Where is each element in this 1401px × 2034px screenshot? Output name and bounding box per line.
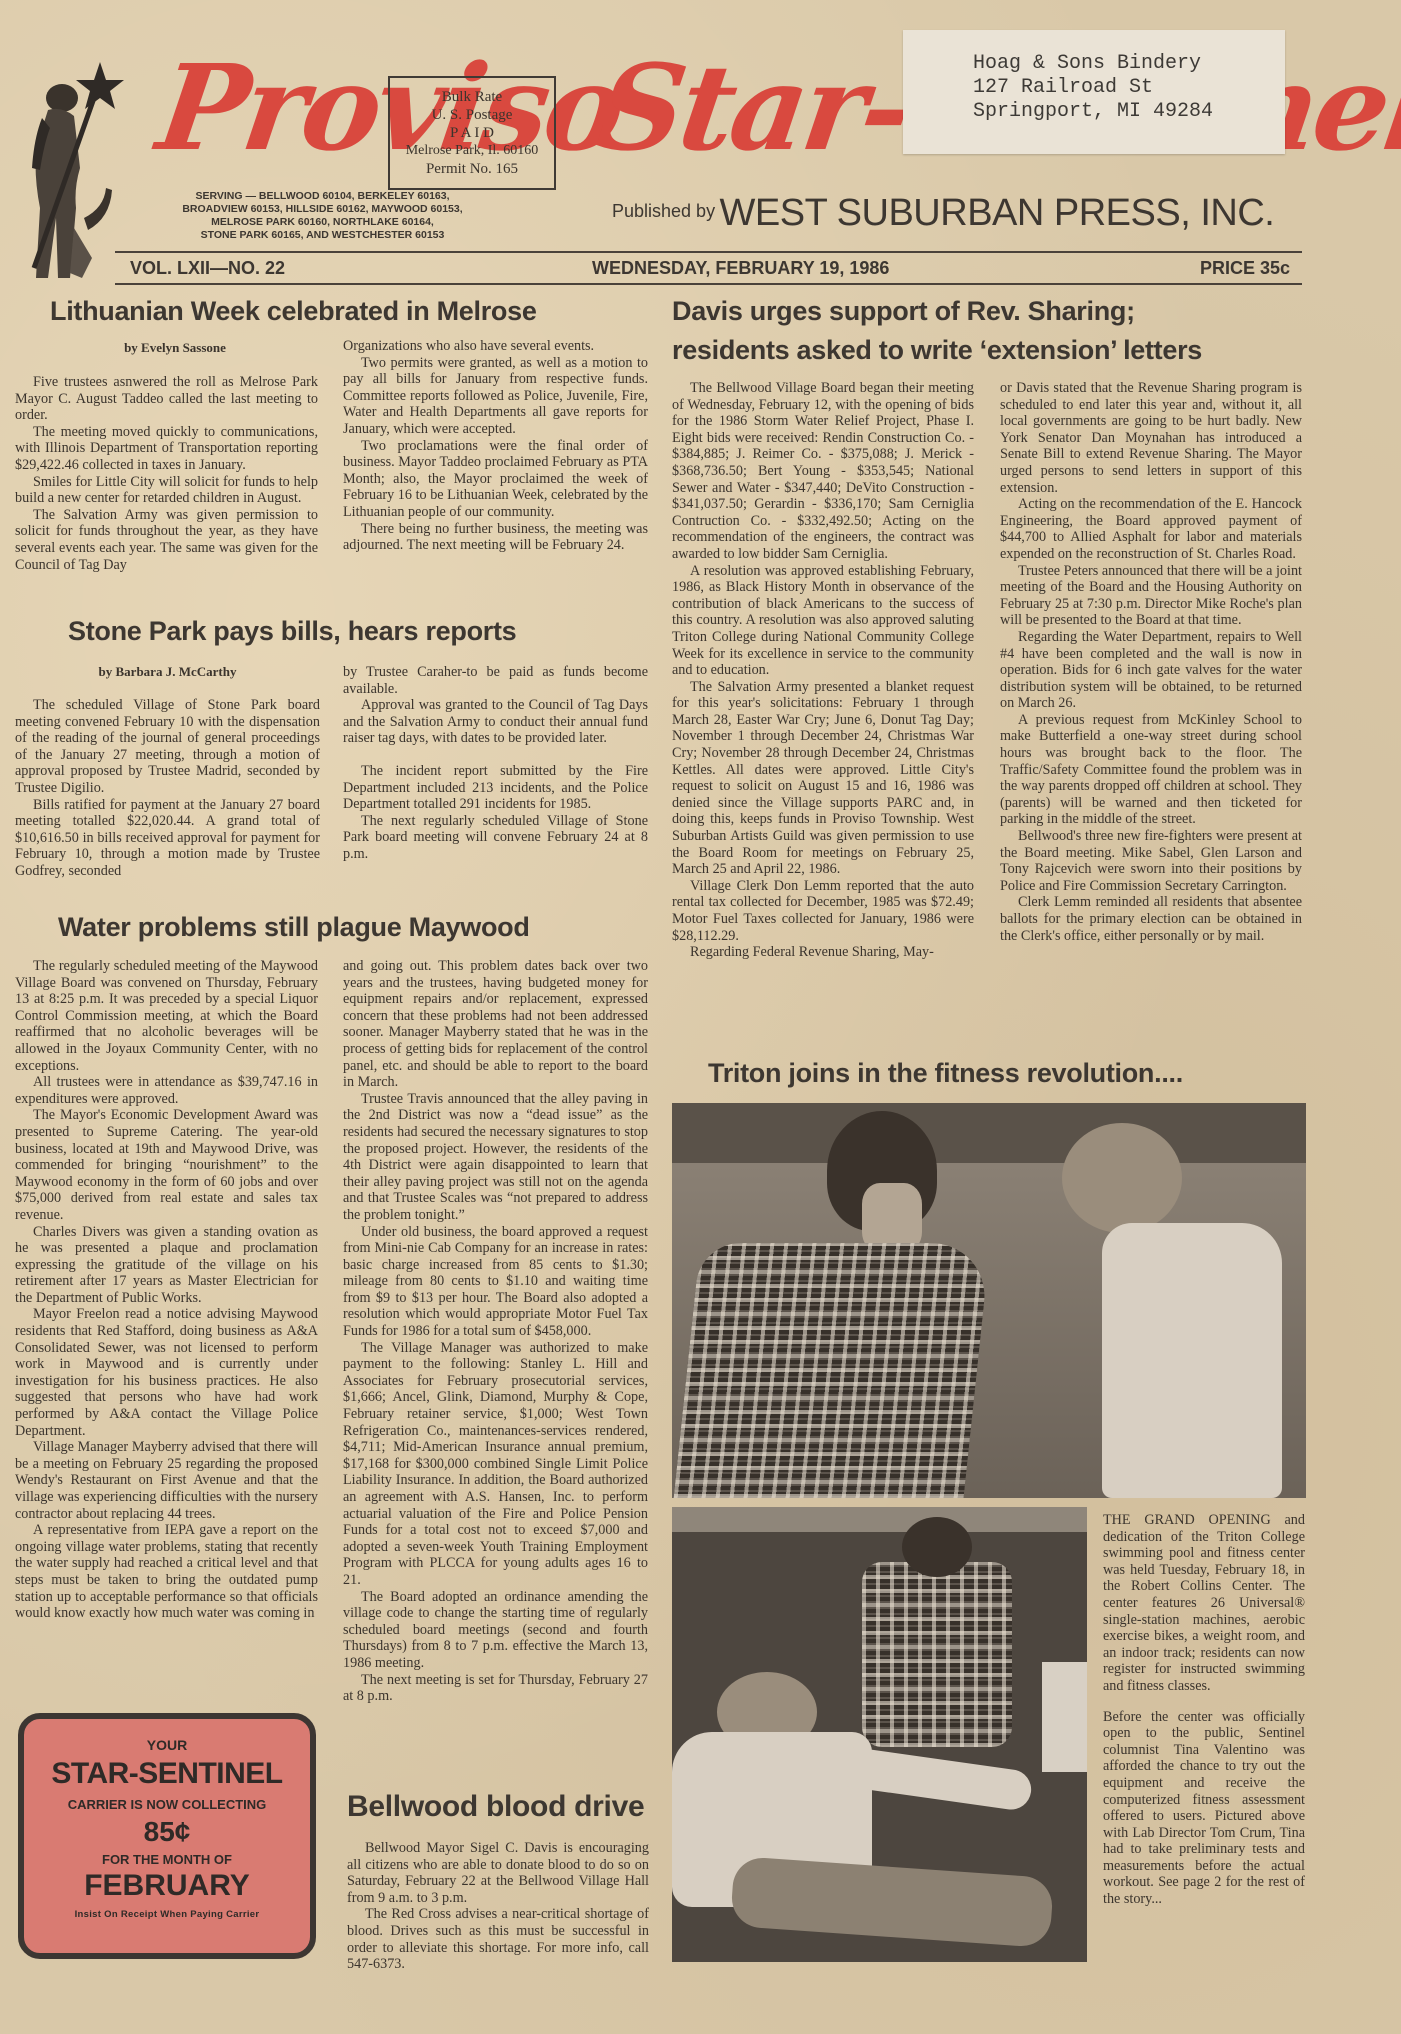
ad-month: FEBRUARY — [24, 1869, 310, 1903]
photo-fitness-measurement — [672, 1103, 1306, 1498]
headline-blood-drive: Bellwood blood drive — [347, 1790, 644, 1824]
paragraph: Regarding the Water Department, repairs … — [1000, 629, 1302, 712]
paragraph: The incident report submitted by the Fir… — [343, 763, 648, 813]
paragraph: A previous request from McKinley School … — [1000, 712, 1302, 828]
article-davis-col2: or Davis stated that the Revenue Sharing… — [1000, 380, 1302, 944]
ad-line-your: YOUR — [24, 1737, 310, 1753]
postage-line: Melrose Park, Il. 60160 — [394, 142, 550, 160]
headline-triton: Triton joins in the fitness revolution..… — [708, 1058, 1183, 1089]
postage-line: U. S. Postage — [394, 106, 550, 124]
postage-line: Bulk Rate — [394, 88, 550, 106]
paragraph: Bellwood Mayor Sigel C. Davis is encoura… — [347, 1840, 649, 1906]
serving-line: STONE PARK 60165, AND WESTCHESTER 60153 — [150, 229, 495, 242]
paragraph: Approval was granted to the Council of T… — [343, 697, 648, 747]
paragraph: Clerk Lemm reminded all residents that a… — [1000, 894, 1302, 944]
caption-paragraph: THE GRAND OPENING and dedication of the … — [1103, 1512, 1305, 1695]
byline-stone-park: by Barbara J. McCarthy — [15, 664, 320, 680]
article-blood-drive: Bellwood Mayor Sigel C. Davis is encoura… — [347, 1840, 649, 1973]
paragraph: Five trustees asnwered the roll as Melro… — [15, 374, 318, 424]
paragraph: Trustee Peters announced that there will… — [1000, 563, 1302, 629]
paragraph: Organizations who also have several even… — [343, 338, 648, 355]
paragraph: The regularly scheduled meeting of the M… — [15, 958, 318, 1074]
paragraph: There being no further business, the mee… — [343, 521, 648, 554]
paragraph: Trustee Travis announced that the alley … — [343, 1091, 648, 1224]
headline-davis-line2: residents asked to write ‘extension’ let… — [672, 335, 1202, 366]
paragraph: The Salvation Army was given permission … — [15, 507, 318, 573]
price: PRICE 35c — [1200, 258, 1290, 279]
paragraph: A resolution was approved establishing F… — [672, 563, 974, 679]
paragraph: Regarding Federal Revenue Sharing, May- — [672, 944, 974, 961]
paragraph: Bills ratified for payment at the Januar… — [15, 797, 320, 880]
minuteman-figure-icon — [14, 58, 124, 283]
published-by: Published by — [612, 201, 715, 221]
paragraph: The Village Manager was authorized to ma… — [343, 1340, 648, 1589]
headline-maywood: Water problems still plague Maywood — [58, 912, 530, 943]
article-davis-col1: The Bellwood Village Board began their m… — [672, 380, 974, 961]
mailing-label: Hoag & Sons Bindery 127 Railroad St Spri… — [903, 30, 1285, 154]
postage-line: Permit No. 165 — [394, 160, 550, 178]
headline-lithuanian: Lithuanian Week celebrated in Melrose — [50, 296, 537, 327]
issue-date: WEDNESDAY, FEBRUARY 19, 1986 — [592, 258, 889, 279]
masthead-rule-bottom — [115, 283, 1302, 285]
serving-line: BROADVIEW 60153, HILLSIDE 60162, MAYWOOD… — [150, 203, 495, 216]
paragraph: by Trustee Caraher-to be paid as funds b… — [343, 664, 648, 697]
paragraph: Village Clerk Don Lemm reported that the… — [672, 878, 974, 944]
ad-line-month-of: FOR THE MONTH OF — [24, 1852, 310, 1867]
paragraph: Under old business, the board approved a… — [343, 1224, 648, 1340]
postage-line: P A I D — [394, 124, 550, 142]
headline-stone-park: Stone Park pays bills, hears reports — [68, 616, 516, 647]
paragraph: The meeting moved quickly to communicati… — [15, 424, 318, 474]
paragraph: The Mayor's Economic Development Award w… — [15, 1107, 318, 1223]
label-line: Springport, MI 49284 — [973, 100, 1285, 124]
paragraph: Acting on the recommendation of the E. H… — [1000, 496, 1302, 562]
paragraph: or Davis stated that the Revenue Sharing… — [1000, 380, 1302, 496]
ad-line-paper: STAR-SENTINEL — [24, 1757, 310, 1791]
paragraph: All trustees were in attendance as $39,7… — [15, 1074, 318, 1107]
paragraph: Village Manager Mayberry advised that th… — [15, 1439, 318, 1522]
serving-areas: SERVING — BELLWOOD 60104, BERKELEY 60163… — [150, 190, 495, 242]
photo-sit-and-reach — [672, 1507, 1087, 1962]
volume-number: VOL. LXII—NO. 22 — [130, 258, 285, 279]
article-maywood-col1: The regularly scheduled meeting of the M… — [15, 958, 318, 1622]
label-line: Hoag & Sons Bindery — [973, 52, 1285, 76]
paragraph: The Red Cross advises a near-critical sh… — [347, 1906, 649, 1972]
caption-paragraph: Before the center was officially open to… — [1103, 1709, 1305, 1908]
paragraph: Two proclamations were the final order o… — [343, 438, 648, 521]
paragraph: Bellwood's three new fire-fighters were … — [1000, 828, 1302, 894]
paragraph: The Salvation Army presented a blanket r… — [672, 679, 974, 878]
paragraph: The Board adopted an ordinance amending … — [343, 1589, 648, 1672]
masthead-rule-top — [115, 251, 1302, 253]
paragraph: The scheduled Village of Stone Park boar… — [15, 697, 320, 797]
serving-line: SERVING — BELLWOOD 60104, BERKELEY 60163… — [150, 190, 495, 203]
article-stone-park-col2: by Trustee Caraher-to be paid as funds b… — [343, 664, 648, 863]
paragraph: The next regularly scheduled Village of … — [343, 813, 648, 863]
paragraph: Smiles for Little City will solicit for … — [15, 474, 318, 507]
article-maywood-col2: and going out. This problem dates back o… — [343, 958, 648, 1705]
publisher-line: Published by WEST SUBURBAN PRESS, INC. — [612, 192, 1274, 235]
paragraph: The Bellwood Village Board began their m… — [672, 380, 974, 563]
byline-lithuanian: by Evelyn Sassone — [15, 340, 335, 356]
ad-line-carrier: CARRIER IS NOW COLLECTING — [24, 1797, 310, 1812]
ad-price: 85¢ — [24, 1816, 310, 1848]
carrier-collection-ad: YOUR STAR-SENTINEL CARRIER IS NOW COLLEC… — [18, 1713, 316, 1959]
article-lithuanian-col1: Five trustees asnwered the roll as Melro… — [15, 374, 318, 573]
paragraph: Charles Divers was given a standing ovat… — [15, 1224, 318, 1307]
postage-indicia: Bulk Rate U. S. Postage P A I D Melrose … — [388, 76, 556, 190]
paragraph: A representative from IEPA gave a report… — [15, 1522, 318, 1622]
paragraph: and going out. This problem dates back o… — [343, 958, 648, 1091]
headline-davis-line1: Davis urges support of Rev. Sharing; — [672, 296, 1135, 327]
paragraph: The next meeting is set for Thursday, Fe… — [343, 1672, 648, 1705]
publisher-name: WEST SUBURBAN PRESS, INC. — [720, 192, 1275, 234]
serving-line: MELROSE PARK 60160, NORTHLAKE 60164, — [150, 216, 495, 229]
masthead: Proviso Star-Sentinel Bulk Rate U. S. Po… — [0, 0, 1401, 290]
paragraph: Two permits were granted, as well as a m… — [343, 355, 648, 438]
article-stone-park-col1: The scheduled Village of Stone Park boar… — [15, 697, 320, 880]
ad-footer: Insist On Receipt When Paying Carrier — [24, 1909, 310, 1920]
article-lithuanian-col2: Organizations who also have several even… — [343, 338, 648, 554]
label-line: 127 Railroad St — [973, 76, 1285, 100]
photo-caption: THE GRAND OPENING and dedication of the … — [1103, 1512, 1305, 1908]
paragraph: Mayor Freelon read a notice advising May… — [15, 1306, 318, 1439]
